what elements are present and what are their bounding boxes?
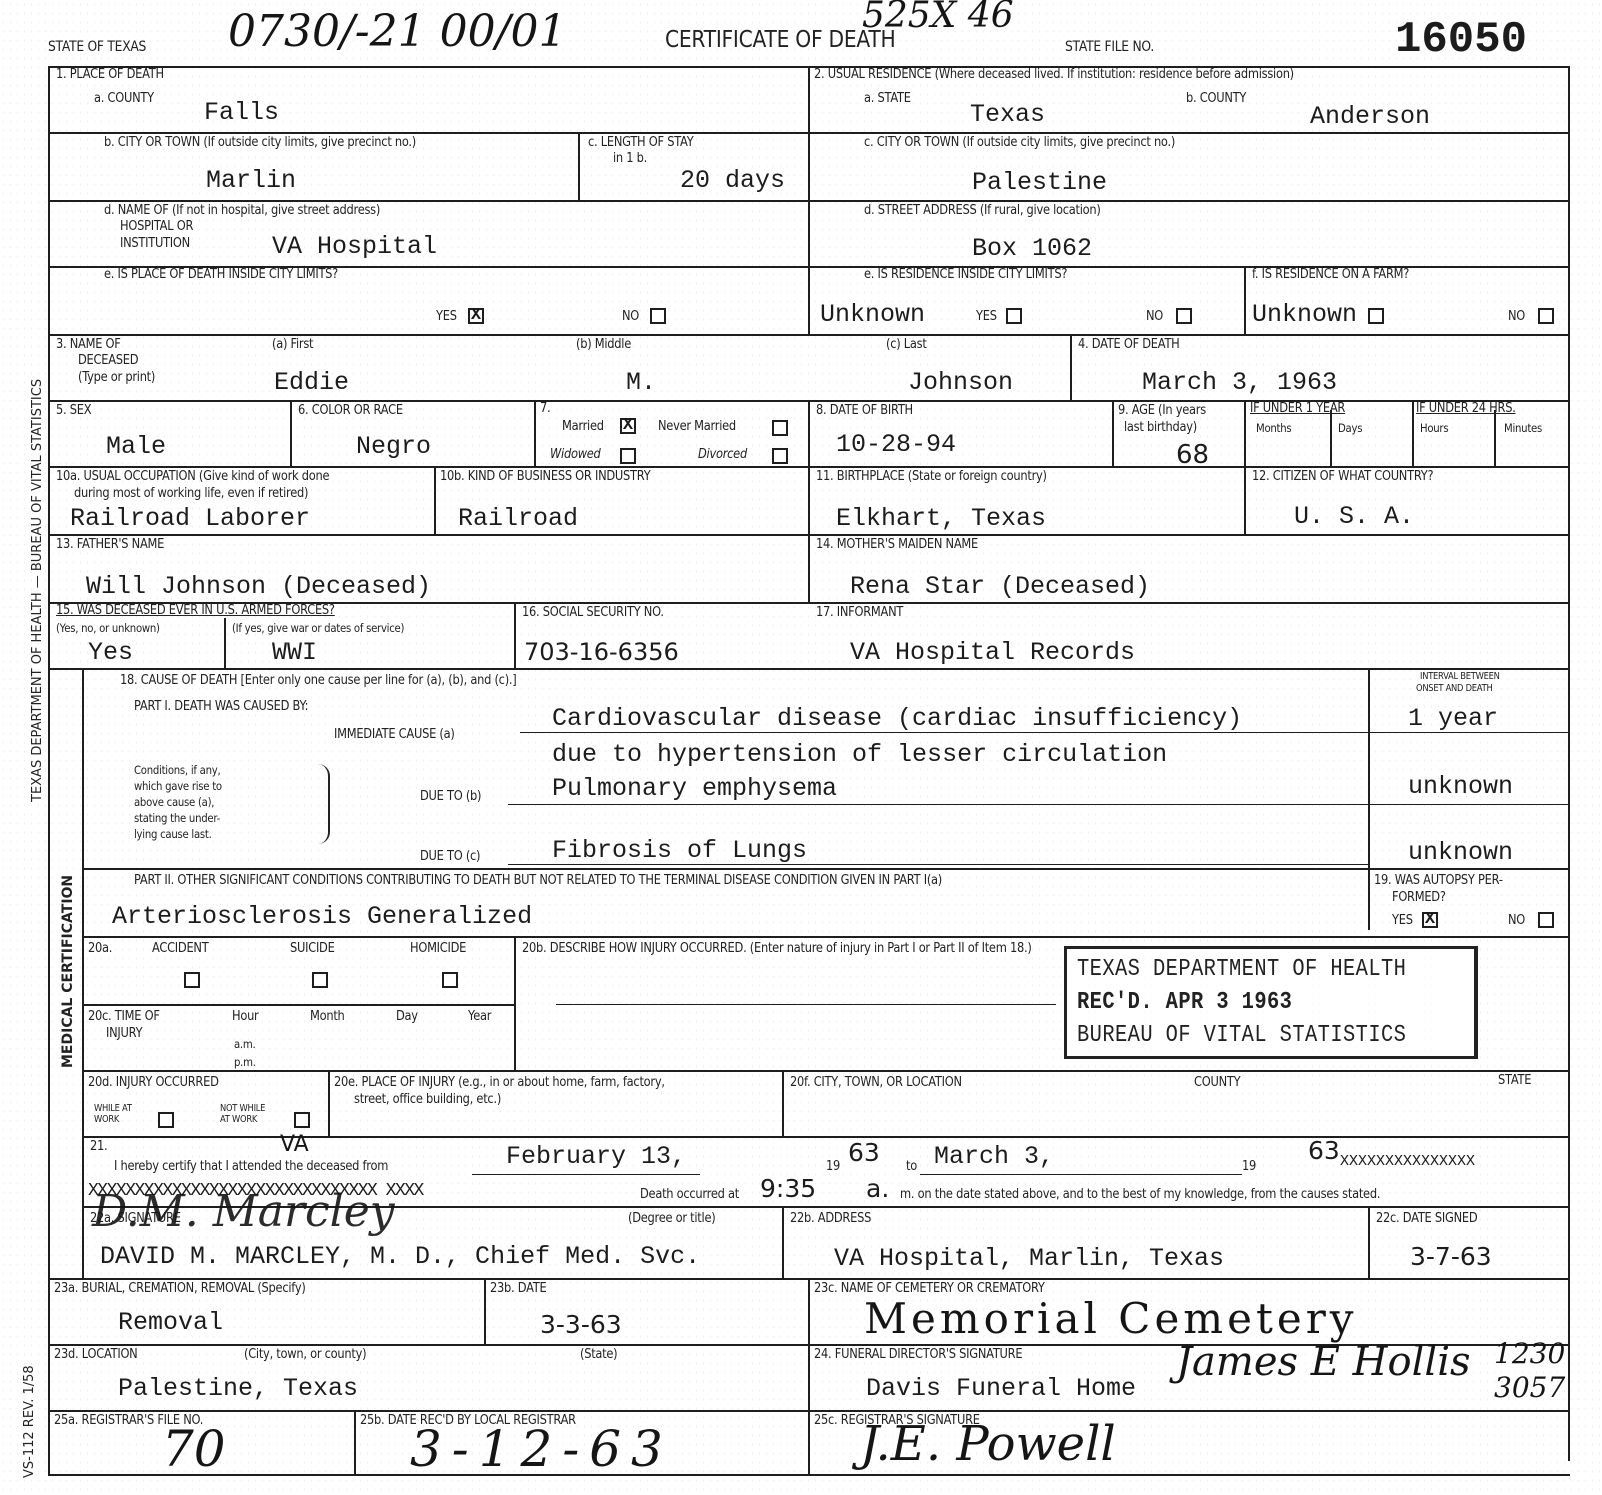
- never-married-checkbox[interactable]: [772, 420, 788, 436]
- label-certify-text: I hereby certify that I attended the dec…: [114, 1160, 388, 1174]
- stamp-line-3: BUREAU OF VITAL STATISTICS: [1077, 1019, 1406, 1052]
- certificate-title: CERTIFICATE OF DEATH: [665, 28, 895, 52]
- date-of-birth: 10-28-94: [836, 432, 956, 457]
- label-location-state: (State): [580, 1348, 617, 1362]
- middle-name: M.: [626, 370, 656, 395]
- label-res-inside-city: e. IS RESIDENCE INSIDE CITY LIMITS?: [864, 268, 1067, 282]
- immediate-cause-continued: due to hypertension of lesser circulatio…: [552, 742, 1167, 767]
- conditions-note: stating the under-: [134, 812, 220, 824]
- label-disposition-date: 23b. DATE: [490, 1282, 546, 1296]
- res-inside-city-no-checkbox[interactable]: [1176, 308, 1192, 324]
- label-res-city: c. CITY OR TOWN (If outside city limits,…: [864, 136, 1175, 150]
- certification-insert: VA: [280, 1134, 309, 1156]
- label-injury-city: 20f. CITY, TOWN, OR LOCATION: [790, 1076, 962, 1090]
- received-stamp: TEXAS DEPARTMENT OF HEALTH REC'D. APR 3 …: [1064, 946, 1478, 1059]
- first-name: Eddie: [274, 370, 349, 395]
- label-widowed: Widowed: [550, 448, 601, 462]
- handwritten-ref: 525X 46: [862, 0, 1014, 34]
- label-certify-tail: m. on the date stated above, and to the …: [900, 1188, 1380, 1202]
- residence-inside-city-value: Unknown: [820, 302, 925, 327]
- row-sep: [82, 1070, 1568, 1072]
- label-no: NO: [1508, 310, 1525, 324]
- interval-a: 1 year: [1408, 706, 1498, 731]
- father-name: Will Johnson (Deceased): [86, 574, 431, 599]
- label-hospital: d. NAME OF (If not in hospital, give str…: [104, 204, 380, 218]
- label-occupation: 10a. USUAL OCCUPATION (Give kind of work…: [56, 470, 329, 484]
- death-city: Marlin: [206, 168, 296, 193]
- label-part-1: PART I. DEATH WAS CAUSED BY:: [134, 700, 308, 714]
- race: Negro: [356, 434, 431, 459]
- stamp-line-1: TEXAS DEPARTMENT OF HEALTH: [1077, 953, 1406, 986]
- label-marital: 7.: [540, 402, 550, 416]
- col-sep: [808, 400, 810, 602]
- attended-from-year: 63: [848, 1140, 880, 1165]
- occupation: Railroad Laborer: [70, 506, 310, 531]
- label-under-24-hrs: IF UNDER 24 HRS.: [1416, 402, 1516, 416]
- row-sep: [82, 936, 1568, 938]
- col-sep: [1070, 334, 1072, 400]
- underline: [472, 1174, 700, 1175]
- cemetery-name: Memorial Cemetery: [864, 1298, 1358, 1340]
- label-part-2: PART II. OTHER SIGNIFICANT CONDITIONS CO…: [134, 874, 942, 888]
- label-degree: (Degree or title): [628, 1212, 715, 1226]
- birthplace: Elkhart, Texas: [836, 506, 1046, 531]
- label-describe-injury: 20b. DESCRIBE HOW INJURY OCCURRED. (Ente…: [522, 942, 1032, 956]
- farm-no-checkbox[interactable]: [1538, 308, 1554, 324]
- funeral-director-signature: James E Hollis: [1176, 1342, 1471, 1382]
- date-signed: 3-7-63: [1410, 1244, 1492, 1269]
- part-2-conditions: Arteriosclerosis Generalized: [112, 904, 532, 929]
- label-stay-sub: in 1 b.: [613, 152, 647, 166]
- label-name: 3. NAME OF: [56, 338, 121, 352]
- label-disposition: 23a. BURIAL, CREMATION, REMOVAL (Specify…: [54, 1282, 306, 1296]
- label-citizen: 12. CITIZEN OF WHAT COUNTRY?: [1252, 470, 1433, 484]
- col-sep: [1112, 400, 1114, 466]
- col-sep: [1244, 400, 1246, 534]
- interval-b: unknown: [1408, 774, 1513, 799]
- label-time-of-injury: 20c. TIME OF: [88, 1010, 160, 1024]
- label-no: NO: [622, 310, 639, 324]
- citizenship: U. S. A.: [1294, 504, 1414, 529]
- label-months: Months: [1256, 422, 1291, 434]
- col-sep: [290, 400, 292, 466]
- label-time-of-injury-2: INJURY: [106, 1027, 142, 1041]
- col-sep: [514, 602, 516, 668]
- label-dob: 8. DATE OF BIRTH: [816, 404, 913, 418]
- side-label-medical-cert: MEDICAL CERTIFICATION: [60, 875, 76, 1068]
- label-res-state: a. STATE: [864, 92, 911, 106]
- label-year: Year: [468, 1010, 491, 1024]
- autopsy-yes-checkbox[interactable]: X: [1422, 912, 1438, 928]
- conditions-note: lying cause last.: [134, 828, 212, 840]
- label-res-county: b. COUNTY: [1186, 92, 1246, 106]
- label-to: to: [906, 1160, 917, 1174]
- label-stay: c. LENGTH OF STAY: [588, 136, 693, 150]
- label-divorced: Divorced: [698, 448, 747, 462]
- hospital-name: VA Hospital: [272, 234, 437, 259]
- due-to-c: Fibrosis of Lungs: [552, 838, 807, 863]
- col-sep: [782, 1206, 784, 1278]
- age: 68: [1176, 442, 1209, 468]
- label-place-of-injury: 20e. PLACE OF INJURY (e.g., in or about …: [334, 1076, 665, 1090]
- label-first: (a) First: [272, 338, 313, 352]
- physician-signature: D.M. Marcley: [92, 1190, 395, 1234]
- label-occupation-2: during most of working life, even if ret…: [74, 487, 308, 501]
- label-injury-county: COUNTY: [1194, 1076, 1240, 1090]
- row-sep: [82, 1004, 514, 1006]
- residence-farm-value: Unknown: [1252, 302, 1357, 327]
- frame-left: [48, 66, 50, 1476]
- residence-state: Texas: [970, 102, 1045, 127]
- frame-bottom: [48, 1474, 1570, 1476]
- label-injury-state: STATE: [1498, 1074, 1531, 1088]
- underline: [920, 1174, 1242, 1175]
- label-am: a.m.: [234, 1038, 255, 1050]
- label-last: (c) Last: [886, 338, 927, 352]
- label-day: Day: [396, 1010, 418, 1024]
- label-location: 23d. LOCATION: [54, 1348, 137, 1362]
- residence-city: Palestine: [972, 170, 1107, 195]
- social-security-number: 703-16-6356: [524, 640, 679, 664]
- label-due-to-b: DUE TO (b): [420, 790, 481, 804]
- col-sep: [224, 618, 226, 668]
- divorced-checkbox[interactable]: [772, 448, 788, 464]
- label-funeral-director: 24. FUNERAL DIRECTOR'S SIGNATURE: [814, 1348, 1022, 1362]
- label-yes: YES: [1392, 914, 1413, 928]
- label-minutes: Minutes: [1504, 422, 1542, 434]
- label-farm: f. IS RESIDENCE ON A FARM?: [1252, 268, 1409, 282]
- accident-checkbox[interactable]: [184, 972, 200, 988]
- label-name-3: (Type or print): [78, 371, 155, 385]
- label-month: Month: [310, 1010, 345, 1024]
- autopsy-no-checkbox[interactable]: [1538, 912, 1554, 928]
- conditions-note: Conditions, if any,: [134, 764, 220, 776]
- sex: Male: [106, 434, 166, 459]
- label-under-1-year: IF UNDER 1 YEAR: [1250, 402, 1345, 416]
- residence-street: Box 1062: [972, 236, 1092, 261]
- label-while-at-work: WHILE AT: [94, 1104, 132, 1114]
- conditions-note: above cause (a),: [134, 796, 214, 808]
- conditions-note: which gave rise to: [134, 780, 222, 792]
- label-homicide: HOMICIDE: [410, 942, 466, 956]
- cause-line-b: [508, 804, 1368, 805]
- disposition: Removal: [118, 1310, 223, 1335]
- armed-war: WWI: [272, 640, 317, 665]
- immediate-cause: Cardiovascular disease (cardiac insuffic…: [552, 706, 1242, 731]
- col-sep: [1368, 668, 1370, 930]
- handwritten-code: 0730/-21 00/01: [228, 10, 566, 54]
- x-fill-right: XXXXXXXXXXXXXXX: [1340, 1154, 1475, 1169]
- label-19: 19: [826, 1160, 840, 1174]
- label-armed-forces: 15. WAS DECEASED EVER IN U.S. ARMED FORC…: [56, 604, 335, 618]
- col-sep: [1368, 1206, 1370, 1278]
- label-no: NO: [1146, 310, 1163, 324]
- label-armed-yn: (Yes, no, or unknown): [56, 622, 160, 634]
- label-race: 6. COLOR OR RACE: [298, 404, 403, 418]
- date-received-local: 3-12-63: [410, 1424, 673, 1474]
- col-sep: [1244, 266, 1246, 334]
- label-hospital-3: INSTITUTION: [120, 237, 190, 251]
- state-file-label: STATE FILE NO.: [1065, 40, 1154, 55]
- label-death-county: a. COUNTY: [94, 92, 154, 106]
- funeral-director-number-2: 3057: [1494, 1374, 1565, 1402]
- label-never-married: Never Married: [658, 420, 736, 434]
- col-sep: [484, 1278, 486, 1344]
- married-checkbox[interactable]: X: [620, 418, 636, 434]
- label-sex: 5. SEX: [56, 404, 91, 418]
- label-accident: ACCIDENT: [152, 942, 208, 956]
- col-sep: [534, 400, 536, 466]
- label-death-occurred: Death occurred at: [640, 1188, 739, 1202]
- label-death-city: b. CITY OR TOWN (If outside city limits,…: [104, 136, 416, 150]
- interval-line: [1368, 804, 1568, 805]
- stamp-received-date: REC'D. APR 3 1963: [1077, 986, 1406, 1019]
- label-business: 10b. KIND OF BUSINESS OR INDUSTRY: [440, 470, 650, 484]
- label-yes: YES: [436, 310, 457, 324]
- attended-from-date: February 13,: [506, 1144, 686, 1169]
- death-inside-city-yes-checkbox[interactable]: X: [468, 308, 484, 324]
- label-name-2: DECEASED: [78, 354, 138, 368]
- last-name: Johnson: [908, 370, 1013, 395]
- label-autopsy: 19. WAS AUTOPSY PER-: [1374, 874, 1503, 888]
- label-immediate-cause: IMMEDIATE CAUSE (a): [334, 728, 455, 742]
- col-sep: [578, 132, 580, 200]
- interval-c: unknown: [1408, 840, 1513, 865]
- row-sep: [48, 200, 1570, 202]
- medical-inner-border: [82, 668, 84, 1278]
- col-sep: [1412, 400, 1414, 466]
- label-hour: Hour: [232, 1010, 259, 1024]
- label-place-of-injury-2: street, office building, etc.): [354, 1093, 501, 1107]
- homicide-checkbox[interactable]: [442, 972, 458, 988]
- label-autopsy-2: FORMED?: [1392, 891, 1446, 905]
- row-sep: [82, 868, 1568, 870]
- date-of-death: March 3, 1963: [1142, 370, 1337, 395]
- label-not-while-at-work-2: AT WORK: [220, 1115, 257, 1125]
- label-birthplace: 11. BIRTHPLACE (State or foreign country…: [816, 470, 1047, 484]
- burial-location: Palestine, Texas: [118, 1376, 358, 1401]
- suicide-checkbox[interactable]: [312, 972, 328, 988]
- label-due-to-c: DUE TO (c): [420, 850, 480, 864]
- row-sep: [48, 334, 1570, 336]
- state-label: STATE OF TEXAS: [48, 40, 146, 55]
- label-res-street: d. STREET ADDRESS (If rural, give locati…: [864, 204, 1101, 218]
- label-address: 22b. ADDRESS: [790, 1212, 871, 1226]
- physician-address: VA Hospital, Marlin, Texas: [834, 1246, 1224, 1271]
- row-sep: [48, 132, 1570, 134]
- label-yes: YES: [976, 310, 997, 324]
- label-hours: Hours: [1420, 422, 1448, 434]
- disposition-date: 3-3-63: [540, 1312, 622, 1337]
- not-while-at-work-checkbox[interactable]: [294, 1112, 310, 1128]
- label-place-of-death: 1. PLACE OF DEATH: [56, 68, 164, 82]
- label-residence: 2. USUAL RESIDENCE (Where deceased lived…: [814, 68, 1294, 82]
- frame-right: [1568, 66, 1570, 1461]
- farm-yes-checkbox[interactable]: [1368, 308, 1384, 324]
- col-sep: [1494, 410, 1496, 466]
- label-cause-of-death: 18. CAUSE OF DEATH [Enter only one cause…: [120, 674, 516, 688]
- time-of-death: 9:35: [760, 1176, 816, 1201]
- side-label-form-rev: VS-112 REV. 1/58: [22, 1365, 37, 1478]
- label-while-at-work-2: WORK: [94, 1115, 119, 1125]
- residence-county: Anderson: [1310, 104, 1430, 129]
- label-informant: 17. INFORMANT: [816, 606, 903, 620]
- label-19: 19: [1242, 1160, 1256, 1174]
- registrar-signature: J.E. Powell: [860, 1420, 1116, 1468]
- informant: VA Hospital Records: [850, 640, 1135, 665]
- label-father: 13. FATHER'S NAME: [56, 538, 164, 552]
- registrar-file-number: 70: [162, 1424, 226, 1474]
- label-pm: p.m.: [234, 1056, 256, 1068]
- armed-forces: Yes: [88, 640, 133, 665]
- label-middle: (b) Middle: [576, 338, 631, 352]
- label-interval-2: ONSET AND DEATH: [1416, 684, 1492, 694]
- row-sep: [48, 668, 1570, 670]
- label-21: 21.: [90, 1140, 107, 1154]
- attended-to-year: 63: [1308, 1138, 1340, 1163]
- describe-line: [556, 1004, 1056, 1005]
- label-interval: INTERVAL BETWEEN: [1420, 672, 1500, 682]
- label-location-city: (City, town, or county): [244, 1348, 366, 1362]
- widowed-checkbox[interactable]: [620, 448, 636, 464]
- brace-icon: [318, 764, 330, 844]
- time-of-death-ampm: a.: [866, 1176, 889, 1201]
- label-age: 9. AGE (In years: [1118, 404, 1206, 418]
- mother-maiden-name: Rena Star (Deceased): [850, 574, 1150, 599]
- label-hospital-2: HOSPITAL OR: [120, 220, 193, 234]
- label-mother: 14. MOTHER'S MAIDEN NAME: [816, 538, 978, 552]
- death-inside-city-no-checkbox[interactable]: [650, 308, 666, 324]
- label-ssn: 16. SOCIAL SECURITY NO.: [522, 606, 664, 620]
- col-sep: [1330, 410, 1332, 466]
- business: Railroad: [458, 506, 578, 531]
- label-married: Married: [562, 420, 604, 434]
- col-sep: [434, 466, 436, 534]
- label-injury-occurred: 20d. INJURY OCCURRED: [88, 1076, 219, 1090]
- col-sep: [354, 1410, 356, 1474]
- res-inside-city-yes-checkbox[interactable]: [1006, 308, 1022, 324]
- label-suicide: SUICIDE: [290, 942, 335, 956]
- length-of-stay: 20 days: [680, 168, 785, 193]
- due-to-b: Pulmonary emphysema: [552, 776, 837, 801]
- label-date-signed: 22c. DATE SIGNED: [1376, 1212, 1477, 1226]
- while-at-work-checkbox[interactable]: [158, 1112, 174, 1128]
- label-days: Days: [1338, 422, 1362, 434]
- label-not-while-at-work: NOT WHILE: [220, 1104, 265, 1114]
- col-sep: [782, 1070, 784, 1136]
- side-label-department: TEXAS DEPARTMENT OF HEALTH — BUREAU OF V…: [30, 379, 45, 802]
- death-county: Falls: [204, 100, 279, 125]
- attended-to-date: March 3,: [934, 1144, 1054, 1169]
- col-sep: [808, 1278, 810, 1474]
- label-age-2: last birthday): [1124, 421, 1197, 435]
- label-20a: 20a.: [88, 942, 112, 956]
- col-sep: [514, 936, 516, 1070]
- label-death-inside-city: e. IS PLACE OF DEATH INSIDE CITY LIMITS?: [104, 268, 338, 282]
- funeral-director-number-1: 1230: [1494, 1340, 1565, 1368]
- label-armed-war: (If yes, give war or dates of service): [232, 622, 404, 634]
- col-sep: [328, 1070, 330, 1136]
- label-no: NO: [1508, 914, 1525, 928]
- physician-name-typed: DAVID M. MARCLEY, M. D., Chief Med. Svc.: [100, 1244, 700, 1269]
- state-file-number: 16050: [1395, 18, 1527, 62]
- label-date-of-death: 4. DATE OF DEATH: [1078, 338, 1180, 352]
- funeral-home: Davis Funeral Home: [866, 1376, 1136, 1401]
